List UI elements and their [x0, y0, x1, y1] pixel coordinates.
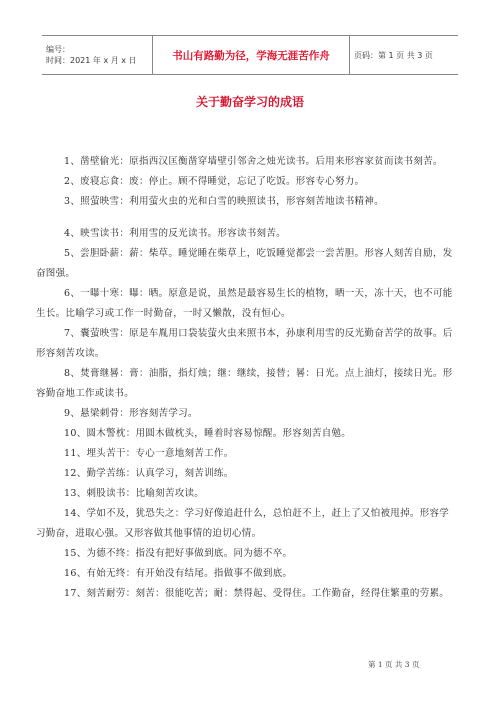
- idiom-item: 10、圆木警枕：用圆木做枕头，睡着时容易惊醒。形容刻苦自勉。: [36, 424, 458, 444]
- header-motto: 书山有路勤为径，学海无涯苦作舟: [153, 36, 350, 74]
- document-date: 时间：2021 年 x 月 x 日: [46, 55, 152, 66]
- header-meta: 编号： 时间：2021 年 x 月 x 日: [42, 36, 153, 74]
- header-page-info: 页码：第 1 页 共 3 页: [350, 36, 458, 74]
- idiom-item: 12、勤学苦练：认真学习，刻苦训练。: [36, 464, 458, 484]
- idiom-item: 14、学如不及，犹恐失之：学习好像追赶什么，总怕赶不上，赶上了又怕被甩掉。形容学…: [36, 504, 458, 544]
- idiom-item: 15、为德不终：指没有把好事做到底。同为德不卒。: [36, 544, 458, 564]
- idiom-item: 11、埋头苦干：专心一意地刻苦工作。: [36, 444, 458, 464]
- idiom-item: 6、一曝十寒：曝：晒。原意是说，虽然是最容易生长的植物，晒一天，冻十天，也不可能…: [36, 284, 458, 324]
- document-body: 1、凿壁偷光：原指西汉匡衡凿穿墙壁引邻舍之烛光读书。后用来形容家贫而读书刻苦。 …: [36, 152, 458, 604]
- idiom-item: 4、映雪读书：利用雪的反光读书。形容读书刻苦。: [36, 224, 458, 244]
- idiom-item: 3、照萤映雪：利用萤火虫的光和白雪的映照读书，形容刻苦地读书精神。: [36, 192, 458, 212]
- document-header: 编号： 时间：2021 年 x 月 x 日 书山有路勤为径，学海无涯苦作舟 页码…: [42, 35, 458, 75]
- page-number-text: 页码：第 1 页 共 3 页: [354, 50, 458, 61]
- idiom-item: 1、凿壁偷光：原指西汉匡衡凿穿墙壁引邻舍之烛光读书。后用来形容家贫而读书刻苦。: [36, 152, 458, 172]
- idiom-item: 17、刻苦耐劳：刻苦：很能吃苦；耐：禁得起、受得住。工作勤奋，经得住繁重的劳累。: [36, 584, 458, 604]
- idiom-item: 2、废寝忘食：废：停止。顾不得睡觉，忘记了吃饭。形容专心努力。: [36, 172, 458, 192]
- document-title: 关于勤奋学习的成语: [0, 93, 500, 110]
- idiom-item: 5、尝胆卧薪：薪：柴草。睡觉睡在柴草上，吃饭睡觉都尝一尝苦胆。形容人刻苦自励，发…: [36, 244, 458, 284]
- document-number-label: 编号：: [46, 44, 152, 55]
- idiom-item: 9、悬梁刺骨：形容刻苦学习。: [36, 404, 458, 424]
- idiom-item: 7、囊萤映雪：原是车胤用口袋装萤火虫来照书本，孙康利用雪的反光勤奋苦学的故事。后…: [36, 324, 458, 364]
- idiom-item: 8、焚膏继晷：膏：油脂，指灯烛；继：继续，接替；晷：日光。点上油灯，接续日光。形…: [36, 364, 458, 404]
- idiom-item: 13、刺股读书：比喻刻苦攻读。: [36, 484, 458, 504]
- motto-text: 书山有路勤为径，学海无涯苦作舟: [172, 48, 330, 63]
- page-footer: 第 1 页 共 3 页: [368, 659, 419, 670]
- idiom-item: 16、有始无终：有开始没有结尾。指做事不做到底。: [36, 564, 458, 584]
